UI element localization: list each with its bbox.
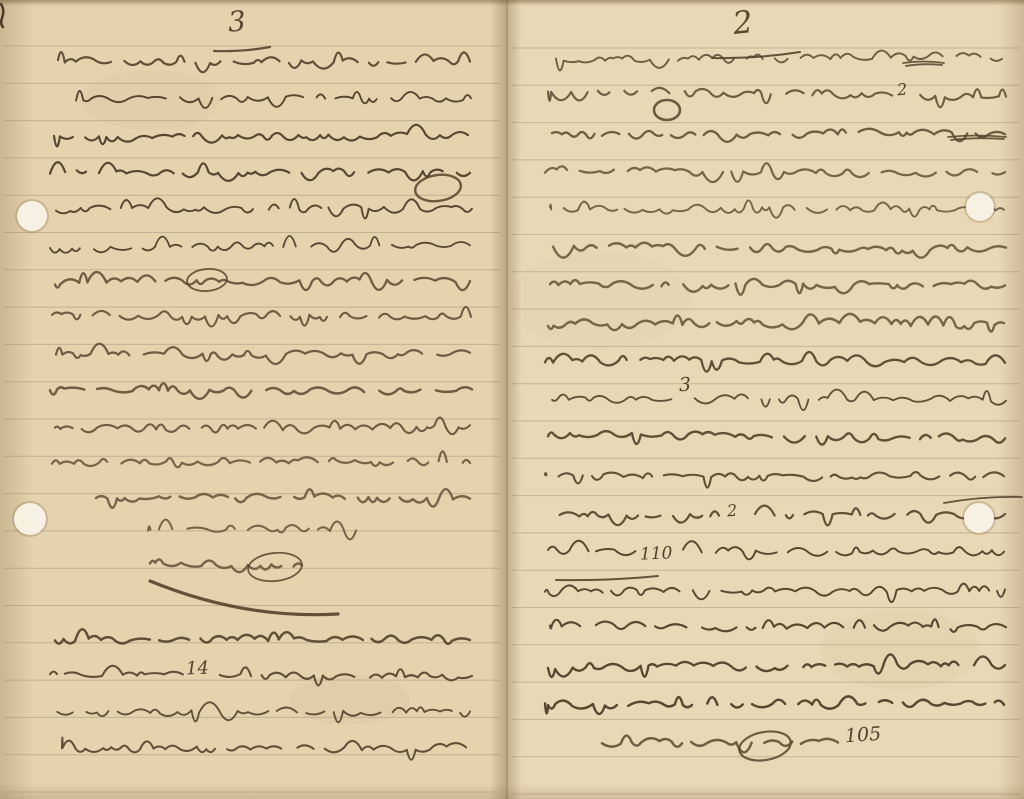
paper-left: [0, 0, 506, 799]
punch-hole: [14, 503, 46, 535]
paper-stain: [510, 250, 690, 350]
scan-canvas: [0, 0, 1024, 799]
top-edge-shadow: [0, 0, 1024, 6]
punch-hole: [966, 193, 994, 221]
letter-scan: 3 2 14232110105: [0, 0, 1024, 799]
punch-hole: [964, 503, 994, 533]
left-edge-shadow: [0, 0, 34, 799]
bottom-edge-shadow: [0, 783, 1024, 799]
punch-hole: [17, 201, 47, 231]
center-fold-shadow: [490, 0, 522, 799]
right-edge-shadow: [998, 0, 1024, 799]
